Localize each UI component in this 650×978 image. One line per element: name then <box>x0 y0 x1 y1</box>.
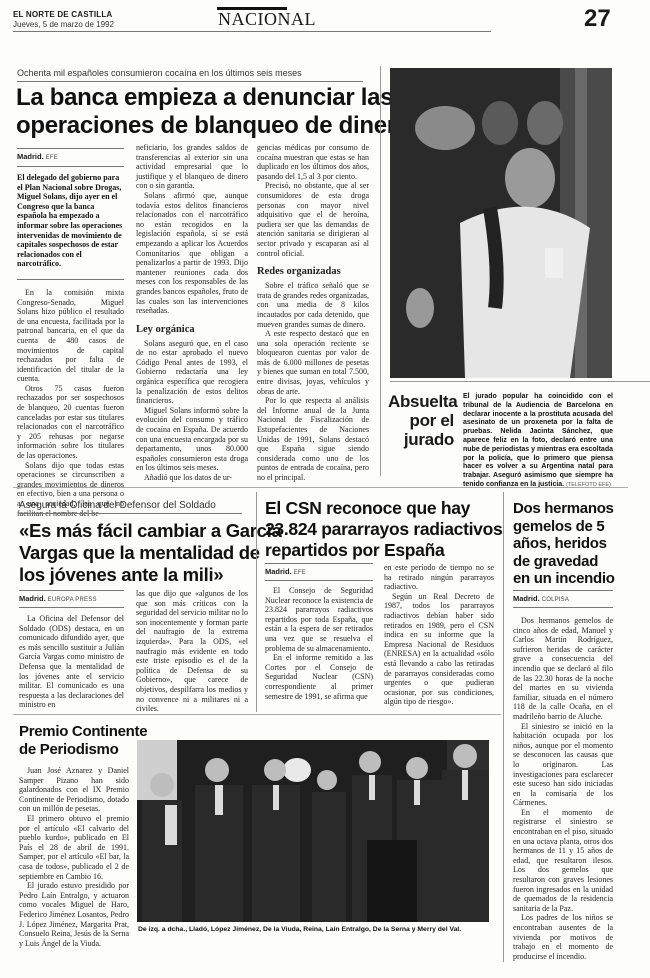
soldado-headline: «Es más fácil cambiar a García Vargas qu… <box>19 520 282 586</box>
column-divider <box>380 66 381 476</box>
body-column: Dos hermanos gemelos de cinco años de ed… <box>513 616 613 961</box>
byline: Madrid.COLPISA <box>513 594 613 603</box>
section-divider <box>13 487 628 488</box>
soldado-col2: las que dijo que «algunos de los que son… <box>136 589 248 714</box>
photo-image <box>137 740 489 922</box>
body-column: El Consejo de Seguridad Nuclear reconoce… <box>265 586 373 701</box>
photo-caption-text: El jurado popular ha coincidido con el t… <box>463 393 613 490</box>
photo-premio <box>137 740 489 922</box>
photo-caption-headline: Absuelta por el jurado <box>388 392 454 449</box>
banca-headline: La banca empieza a denunciar las operaci… <box>16 84 410 140</box>
section-title: NACIONAL <box>218 9 316 30</box>
csn-headline: El CSN reconoce que hay 23.824 pararrayo… <box>265 498 502 561</box>
body-column: En la comisión mixta Congreso-Senado, Mi… <box>17 288 124 518</box>
issue-date: Jueves, 5 de marzo de 1992 <box>13 20 114 29</box>
byline-rule <box>17 166 124 167</box>
soldado-kicker: Asegura la Oficina del Defensor del Sold… <box>19 500 216 511</box>
photo-rule <box>390 381 650 382</box>
byline-rule <box>17 148 124 149</box>
body-column: La Oficina del Defensor del Soldado (ODS… <box>19 614 124 710</box>
byline: Madrid.EFE <box>265 567 373 576</box>
photo-caption: De izq. a dcha., Lladó, López Jiménez, D… <box>138 926 498 933</box>
gemelos-headline: Dos hermanos gemelos de 5 años, heridos … <box>513 500 615 588</box>
section-divider <box>13 714 501 715</box>
lead-rule <box>17 279 124 280</box>
masthead-rule <box>13 31 491 32</box>
banca-col2: neficiario, los grandes saldos de transf… <box>136 143 248 483</box>
premio-body: Juan José Aznarez y Daniel Samper Pizano… <box>19 766 129 948</box>
subhead-ley-organica: Ley orgánica <box>136 324 248 335</box>
kicker-rule <box>17 81 363 82</box>
headline-line: operaciones de blanqueo de dinero <box>16 112 410 140</box>
csn-col1: Madrid.EFE El Consejo de Seguridad Nucle… <box>265 563 373 701</box>
lead-paragraph: El delegado del gobierno para el Plan Na… <box>17 173 124 269</box>
newspaper-name: EL NORTE DE CASTILLA <box>13 10 112 19</box>
csn-col2: en este período de tiempo no se ha retir… <box>384 563 494 707</box>
column-divider <box>503 492 504 962</box>
column-divider <box>256 492 257 712</box>
banca-kicker: Ochenta mil españoles consumieron cocaín… <box>17 68 302 78</box>
soldado-col1: Madrid.EUROPA PRESS La Oficina del Defen… <box>19 590 124 710</box>
banca-col3: gencias médicas por consumo de cocaína m… <box>257 143 369 483</box>
page-number: 27 <box>584 5 611 33</box>
gemelos-col: Madrid.COLPISA Dos hermanos gemelos de c… <box>513 590 613 961</box>
byline: Madrid.EUROPA PRESS <box>19 594 124 603</box>
subhead-redes-organizadas: Redes organizadas <box>257 266 369 277</box>
banca-col1: Madrid.EFE El delegado del gobierno para… <box>17 148 124 518</box>
photo-absuelta <box>390 68 612 378</box>
headline-line: La banca empieza a denunciar las <box>16 84 410 112</box>
byline: Madrid.EFE <box>17 152 124 161</box>
premio-headline: Premio Continente de Periodismo <box>19 723 147 759</box>
photo-image <box>390 68 612 378</box>
kicker-rule <box>19 513 242 514</box>
